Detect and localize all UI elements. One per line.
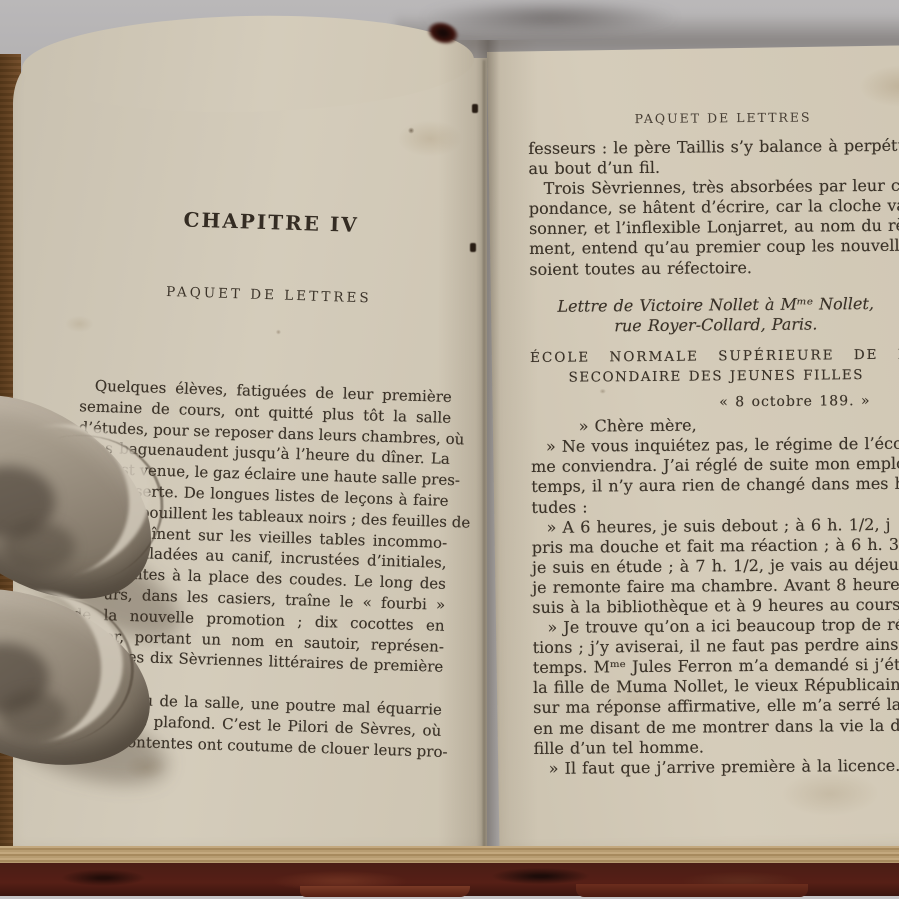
text-line: » Il faut que j’arrive première à la lic…	[534, 755, 899, 779]
text-line: pris ma douche et fait ma réaction ; à 6…	[532, 534, 899, 558]
pointe-shoe-bottom	[0, 603, 180, 795]
cover-tab	[576, 884, 808, 897]
running-title: PAQUET DE LETTRES	[528, 109, 899, 127]
right-page-content: PAQUET DE LETTRES 39 fesseurs : le père …	[528, 108, 899, 778]
binding-hole	[470, 243, 476, 252]
text-line: » A 6 heures, je suis debout ; à 6 h. 1/…	[532, 514, 899, 538]
running-header: PAQUET DE LETTRES 39	[528, 109, 899, 132]
text-line: fesseurs : le père Taillis s’y balance à…	[528, 135, 899, 159]
book-gutter-shadow	[438, 40, 538, 864]
text-line: soient toutes au réfectoire.	[529, 256, 899, 280]
text-line: SECONDAIRE DES JEUNES FILLES	[530, 365, 899, 388]
backdrop-shadow-dark	[420, 0, 680, 34]
book-photo: CHAPITRE IV PAQUET DE LETTRES Quelques é…	[0, 0, 899, 899]
binding-hole	[472, 104, 478, 113]
gutter-crease-line	[483, 60, 485, 850]
text-line: « 8 octobre 189. »	[530, 391, 870, 414]
text-line: rue Royer-Collard, Paris.	[530, 313, 899, 336]
right-page-body: fesseurs : le père Taillis s’y balance à…	[528, 135, 899, 778]
text-line: Lettre de Victoire Nollet à Mᵐᵉ Nollet,	[530, 293, 899, 316]
text-line: ment, entend qu’au premier coup les nouv…	[529, 236, 899, 260]
text-line: temps, il n’y aura rien de changé dans m…	[531, 474, 899, 498]
cover-tab	[300, 886, 470, 897]
text-line: sur ma réponse affirmative, elle m’a ser…	[533, 695, 899, 719]
text-line: en me disant de me montrer dans la vie l…	[533, 715, 899, 739]
section-heading: PAQUET DE LETTRES	[83, 281, 455, 309]
